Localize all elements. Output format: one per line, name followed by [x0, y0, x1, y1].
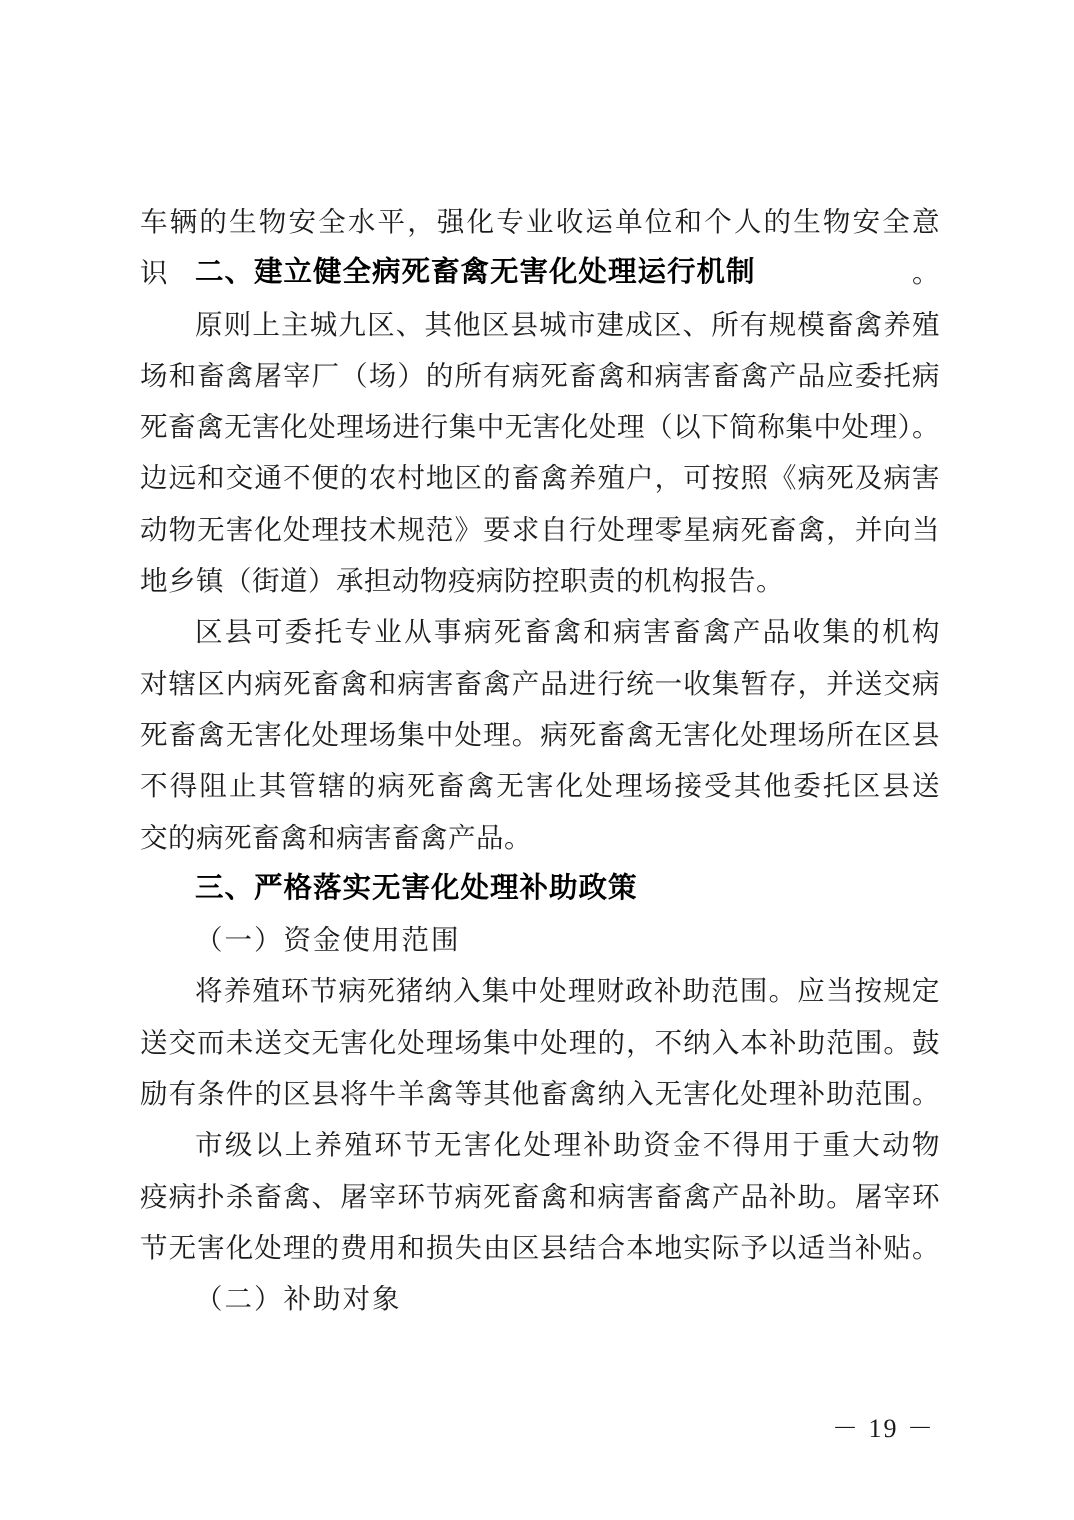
page-number: － 19 － [832, 1408, 935, 1445]
body-line: 动物无害化处理技术规范》要求自行处理零星病死畜禽，并向当 [140, 504, 940, 555]
body-line: 将养殖环节病死猪纳入集中处理财政补助范围。应当按规定 [140, 965, 940, 1016]
body-line: 疫病扑杀畜禽、屠宰环节病死畜禽和病害畜禽产品补助。屠宰环 [140, 1171, 940, 1222]
body-line: 送交而未送交无害化处理场集中处理的，不纳入本补助范围。鼓 [140, 1017, 940, 1068]
subsection-heading-1: （一）资金使用范围 [140, 914, 940, 965]
body-line: 市级以上养殖环节无害化处理补助资金不得用于重大动物 [140, 1119, 940, 1170]
body-line: 地乡镇（街道）承担动物疫病防控职责的机构报告。 [140, 555, 940, 606]
body-line: 不得阻止其管辖的病死畜禽无害化处理场接受其他委托区县送 [140, 760, 940, 811]
document-page: 车辆的生物安全水平，强化专业收运单位和个人的生物安全意识。 二、建立健全病死畜禽… [0, 0, 1074, 1520]
body-line: 场和畜禽屠宰厂（场）的所有病死畜禽和病害畜禽产品应委托病 [140, 350, 940, 401]
body-line: 节无害化处理的费用和损失由区县结合本地实际予以适当补贴。 [140, 1222, 940, 1273]
body-line: 死畜禽无害化处理场集中处理。病死畜禽无害化处理场所在区县 [140, 709, 940, 760]
document-body: 车辆的生物安全水平，强化专业收运单位和个人的生物安全意识。 二、建立健全病死畜禽… [140, 196, 940, 1325]
body-line: 边远和交通不便的农村地区的畜禽养殖户，可按照《病死及病害 [140, 452, 940, 503]
subsection-heading-2: （二）补助对象 [140, 1273, 940, 1324]
body-line: 车辆的生物安全水平，强化专业收运单位和个人的生物安全意识。 [140, 196, 940, 247]
body-line: 原则上主城九区、其他区县城市建成区、所有规模畜禽养殖 [140, 299, 940, 350]
body-line: 死畜禽无害化处理场进行集中无害化处理（以下简称集中处理）。 [140, 401, 940, 452]
body-line: 区县可委托专业从事病死畜禽和病害畜禽产品收集的机构 [140, 606, 940, 657]
body-line: 励有条件的区县将牛羊禽等其他畜禽纳入无害化处理补助范围。 [140, 1068, 940, 1119]
body-line: 交的病死畜禽和病害畜禽产品。 [140, 812, 940, 863]
body-line: 对辖区内病死畜禽和病害畜禽产品进行统一收集暂存，并送交病 [140, 658, 940, 709]
section-heading-3: 三、严格落实无害化处理补助政策 [140, 863, 940, 914]
